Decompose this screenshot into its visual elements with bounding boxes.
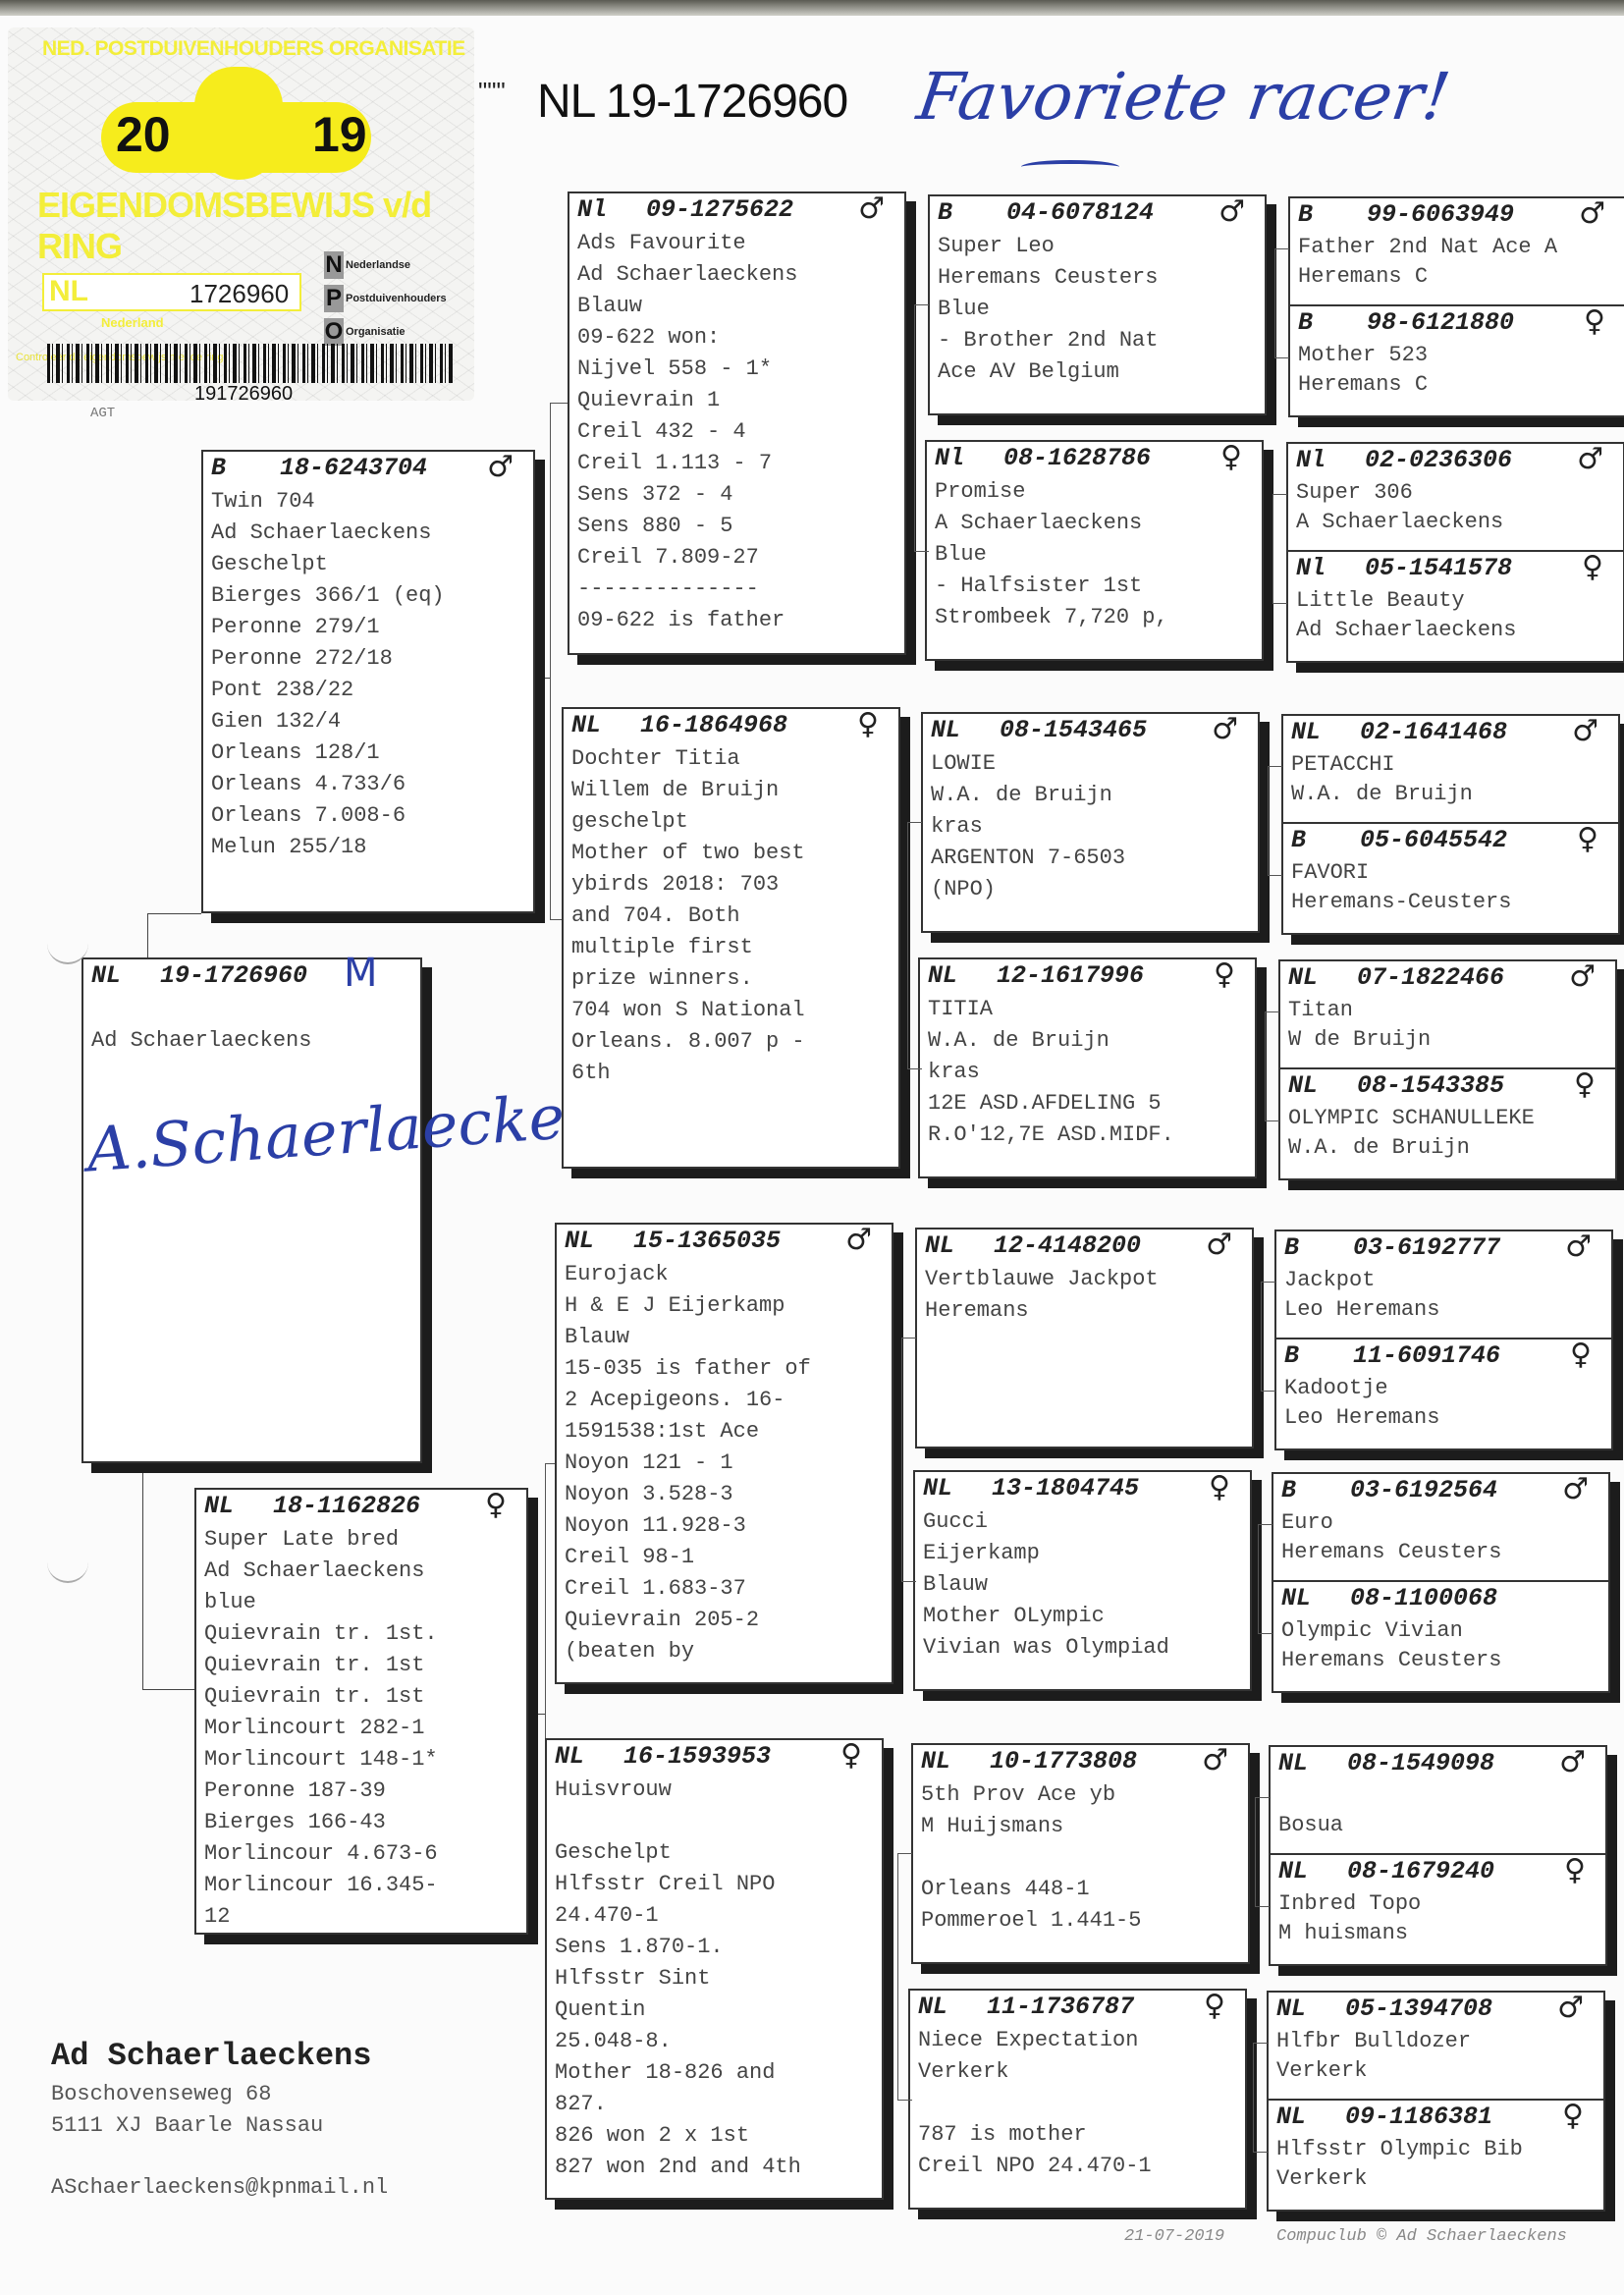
country-code: B <box>1298 200 1313 229</box>
pigeon-box-gen2[interactable]: NL15-1365035♂Eurojack H & E J Eijerkamp … <box>555 1223 893 1684</box>
pigeon-pair-gen4: B03-6192777♂Jackpot Leo HeremansB11-6091… <box>1274 1229 1613 1450</box>
country-code: NL <box>1278 1749 1308 1777</box>
year-right: 19 <box>312 106 367 163</box>
below-card-text: AGT <box>90 406 115 421</box>
country-code: Nl <box>577 195 607 224</box>
pigeon-info: Twin 704 Ad Schaerlaeckens Geschelpt Bie… <box>203 483 533 863</box>
pigeon-info: TITIA W.A. de Bruijn kras 12E ASD.AFDELI… <box>920 991 1255 1151</box>
sex-symbol-icon: ♀ <box>840 1738 862 1773</box>
sex-symbol-icon: ♀ <box>1584 304 1605 339</box>
sex-symbol-icon: ♂ <box>1579 196 1605 231</box>
pigeon-box-gen3[interactable]: B04-6078124♂Super Leo Heremans Ceusters … <box>928 194 1267 415</box>
country-code: NL <box>928 961 957 990</box>
copyright: Compuclub © Ad Schaerlaeckens <box>1276 2227 1567 2246</box>
ring-number: 18-1162826 <box>273 1492 420 1520</box>
ring-number: 11-1736787 <box>987 1993 1134 2021</box>
ring-number: 09-1275622 <box>646 195 793 224</box>
pigeon-pair-gen4: NL07-1822466♂Titan W de BruijnNL08-15433… <box>1278 959 1617 1180</box>
pigeon-info: OLYMPIC SCHANULLEKE W.A. de Bruijn <box>1280 1101 1615 1163</box>
connector <box>901 1338 916 1582</box>
country-code: Nl <box>1296 446 1326 474</box>
pigeon-box-dam[interactable]: NL18-1162826♀ Super Late bred Ad Schaerl… <box>194 1488 528 1935</box>
pigeon-box-gen4-dam[interactable]: NL08-1543385♀OLYMPIC SCHANULLEKE W.A. de… <box>1280 1069 1615 1179</box>
sex-symbol-icon: ♀ <box>1582 550 1603 584</box>
pigeon-info: Super Leo Heremans Ceusters Blue - Broth… <box>930 228 1265 388</box>
ring-number: 13-1804745 <box>992 1474 1139 1503</box>
pigeon-info: 5th Prov Ace yb M Huijsmans Orleans 448-… <box>913 1776 1248 1937</box>
pigeon-info: Jackpot Leo Heremans <box>1276 1263 1611 1325</box>
connector <box>1265 1011 1279 1121</box>
country-code: NL <box>1281 1584 1311 1612</box>
pigeon-box-gen4-sire[interactable]: B03-6192564♂Euro Heremans Ceusters <box>1273 1474 1608 1582</box>
pigeon-box-gen4-sire[interactable]: B03-6192777♂Jackpot Leo Heremans <box>1276 1231 1611 1339</box>
connector <box>142 1463 143 1689</box>
country-code: NL <box>91 961 121 990</box>
npo-line-3: OOrganisatie <box>324 318 406 346</box>
pigeon-box-gen3[interactable]: NL08-1543465♂LOWIE W.A. de Bruijn kras A… <box>921 712 1260 933</box>
pigeon-pair-gen4: Nl02-0236306♂Super 306 A SchaerlaeckensN… <box>1286 442 1624 663</box>
connector <box>535 678 550 679</box>
pigeon-box-gen4-dam[interactable]: B05-6045542♀FAVORI Heremans-Ceusters <box>1283 824 1618 934</box>
ring-number: 11-6091746 <box>1353 1341 1500 1370</box>
sex-symbol-icon: ♂ <box>1572 714 1598 748</box>
sex-symbol-icon: ♀ <box>1574 1067 1596 1102</box>
pigeon-info: Titan W de Bruijn <box>1280 993 1615 1055</box>
connector <box>907 822 922 1069</box>
year-left: 20 <box>116 106 171 163</box>
connector <box>1268 766 1282 876</box>
page-title: NL 19-1726960 <box>537 75 847 129</box>
ring-number: 98-6121880 <box>1367 308 1514 337</box>
pigeon-box-gen3[interactable]: Nl08-1628786♀Promise A Schaerlaeckens Bl… <box>925 440 1264 661</box>
ring-number: 16-1864968 <box>640 711 787 739</box>
connector <box>1258 1524 1272 1634</box>
pigeon-info: Super Late bred Ad Schaerlaeckens blue Q… <box>196 1521 526 1933</box>
country-code: NL <box>565 1227 594 1255</box>
owner-name: Ad Schaerlaeckens <box>51 2038 371 2074</box>
owner-street: Boschovenseweg 68 <box>51 2082 271 2106</box>
country-code: NL <box>923 1474 952 1503</box>
pigeon-info: Super 306 A Schaerlaeckens <box>1288 475 1623 537</box>
pigeon-info: Hlfbr Bulldozer Verkerk <box>1269 2024 1603 2086</box>
sex-symbol-icon: ♂ <box>1569 959 1596 994</box>
pigeon-box-gen3[interactable]: NL12-4148200♂Vertblauwe Jackpot Heremans <box>915 1228 1254 1448</box>
pigeon-box-gen4-dam[interactable]: NL09-1186381♀Hlfsstr Olympic Bib Verkerk <box>1269 2101 1603 2211</box>
pigeon-info: Kadootje Leo Heremans <box>1276 1371 1611 1433</box>
connector <box>147 913 201 914</box>
owner-email[interactable]: ASchaerlaeckens@kpnmail.nl <box>51 2175 388 2200</box>
male-symbol-icon: ♂ <box>487 450 514 484</box>
country-code: NL <box>1278 1857 1308 1885</box>
country-code: B <box>1298 308 1313 337</box>
country-code: NL <box>555 1742 584 1771</box>
ring-number: 16-1593953 <box>623 1742 771 1771</box>
ring-number: 02-1641468 <box>1360 718 1507 746</box>
npo-line-1: NNederlandse <box>324 251 410 279</box>
ring-number: 08-1100068 <box>1350 1584 1497 1612</box>
pigeon-box-gen4-dam[interactable]: B11-6091746♀Kadootje Leo Heremans <box>1276 1339 1611 1449</box>
sex-symbol-icon: ♂ <box>1557 1991 1584 2025</box>
sex-symbol-icon: ♀ <box>1570 1338 1592 1372</box>
handwritten-note: Favoriete racer! <box>913 59 1455 135</box>
connector <box>1261 1282 1275 1392</box>
owner-city: 5111 XJ Baarle Nassau <box>51 2113 323 2138</box>
barcode <box>47 344 455 383</box>
ring-number: 12-4148200 <box>994 1231 1141 1260</box>
sex-symbol-icon: ♂ <box>858 191 885 226</box>
sex-symbol-icon: ♂ <box>845 1223 872 1257</box>
country-code: B <box>211 454 226 482</box>
sex-symbol-icon: ♂ <box>1562 1472 1589 1506</box>
sex-symbol-icon: ♀ <box>1577 822 1598 856</box>
pigeon-info: Huisvrouw Geschelpt Hlfsstr Creil NPO 24… <box>547 1772 882 2183</box>
sex-symbol-icon: ♂ <box>1206 1228 1232 1262</box>
country-code: B <box>1281 1476 1296 1504</box>
connector <box>1253 2043 1268 2153</box>
ring-number: 15-1365035 <box>633 1227 781 1255</box>
pigeon-box-gen3[interactable]: NL10-1773808♂5th Prov Ace yb M Huijsmans… <box>911 1743 1250 1964</box>
pigeon-box-gen4-sire[interactable]: NL08-1549098♂ Bosua <box>1271 1747 1605 1855</box>
sex-symbol-icon: ♂ <box>1565 1229 1592 1264</box>
sex-symbol-icon: ♀ <box>1562 2099 1584 2133</box>
pigeon-box-gen4-dam[interactable]: Nl05-1541578♀Little Beauty Ad Schaerlaec… <box>1288 552 1623 662</box>
pigeon-info: Inbred Topo M huismans <box>1271 1886 1605 1948</box>
pigeon-pair-gen4: B03-6192564♂Euro Heremans CeustersNL08-1… <box>1272 1472 1610 1693</box>
country-code: B <box>938 198 952 227</box>
ring-number: 02-0236306 <box>1365 446 1512 474</box>
country-code: NL <box>931 716 960 744</box>
ring-number: 04-6078124 <box>1006 198 1154 227</box>
ring-number: 05-6045542 <box>1360 826 1507 854</box>
connector <box>1274 248 1289 358</box>
pigeon-box-gen4-sire[interactable]: NL07-1822466♂Titan W de Bruijn <box>1280 961 1615 1069</box>
barcode-number: 191726960 <box>194 383 293 406</box>
pigeon-info: Mother 523 Heremans C <box>1290 338 1624 400</box>
pigeon-box-gen4-dam[interactable]: NL08-1679240♀Inbred Topo M huismans <box>1271 1855 1605 1965</box>
ring-number: 09-1186381 <box>1345 2103 1492 2131</box>
pigeon-box-gen4-sire[interactable]: NL02-1641468♂PETACCHI W.A. de Bruijn <box>1283 716 1618 824</box>
pigeon-info: Ad Schaerlaeckens <box>83 991 420 1057</box>
connector <box>1272 494 1287 604</box>
ring-number: 08-1628786 <box>1003 444 1151 472</box>
pigeon-box-gen4-sire[interactable]: Nl02-0236306♂Super 306 A Schaerlaeckens <box>1288 444 1623 552</box>
ring-number: 18-6243704 <box>280 454 427 482</box>
pigeon-box-gen4-sire[interactable]: B99-6063949♂Father 2nd Nat Ace A Hereman… <box>1290 198 1624 306</box>
pigeon-info: Father 2nd Nat Ace A Heremans C <box>1290 230 1624 292</box>
country-code: NL <box>571 711 601 739</box>
sex-symbol-icon: ♀ <box>1204 1989 1225 2023</box>
pigeon-pair-gen4: NL05-1394708♂Hlfbr Bulldozer VerkerkNL09… <box>1267 1991 1605 2212</box>
punch-hole <box>47 1561 88 1583</box>
connector <box>147 913 148 962</box>
ring-number: 08-1549098 <box>1347 1749 1494 1777</box>
pigeon-info: Dochter Titia Willem de Bruijn geschelpt… <box>564 740 898 1089</box>
ring-number: 05-1394708 <box>1345 1994 1492 2023</box>
pigeon-box-gen4-sire[interactable]: NL05-1394708♂Hlfbr Bulldozer Verkerk <box>1269 1993 1603 2101</box>
ring-number: 19-1726960 <box>160 961 307 990</box>
ring-number: 03-6192564 <box>1350 1476 1497 1504</box>
country-code: NL <box>925 1231 954 1260</box>
npo-line-2: PPostduivenhouders <box>324 285 447 312</box>
card-country: NL <box>49 275 88 308</box>
connector <box>142 1689 194 1690</box>
card-ring-number: 1726960 <box>189 279 289 309</box>
pigeon-box-gen2[interactable]: Nl09-1275622♂Ads Favourite Ad Schaerlaec… <box>568 191 906 655</box>
country-code: NL <box>204 1492 234 1520</box>
sex-symbol-icon: ♀ <box>1209 1470 1230 1504</box>
country-code: B <box>1291 826 1306 854</box>
pigeon-box-gen2[interactable]: NL16-1593953♀Huisvrouw Geschelpt Hlfsstr… <box>545 1738 884 2200</box>
country-code: NL <box>1276 2103 1306 2131</box>
pigeon-info: PETACCHI W.A. de Bruijn <box>1283 747 1618 809</box>
pigeon-info: Promise A Schaerlaeckens Blue - Halfsist… <box>927 473 1262 633</box>
pigeon-pair-gen4: B99-6063949♂Father 2nd Nat Ace A Hereman… <box>1288 196 1624 417</box>
ring-number: 08-1543465 <box>1000 716 1147 744</box>
scan-edge <box>0 0 1624 16</box>
pigeon-info: Olympic Vivian Heremans Ceusters <box>1273 1613 1608 1675</box>
pigeon-box-sire[interactable]: B18-6243704♂ Twin 704 Ad Schaerlaeckens … <box>201 450 535 913</box>
pigeon-info: Ads Favourite Ad Schaerlaeckens Blauw 09… <box>569 225 904 636</box>
handwritten-sex-mark: M <box>344 951 378 996</box>
ring-number: 05-1541578 <box>1365 554 1512 582</box>
handwritten-underline <box>1021 160 1119 174</box>
connector <box>897 1853 912 2101</box>
ring-number: 99-6063949 <box>1367 200 1514 229</box>
pigeon-info: Niece Expectation Verkerk 787 is mother … <box>910 2022 1245 2182</box>
sex-symbol-icon: ♂ <box>1202 1743 1228 1777</box>
country-code: NL <box>1291 718 1321 746</box>
country-code: NL <box>1276 1994 1306 2023</box>
connector <box>1255 1797 1270 1907</box>
quote-mark: """ <box>478 77 506 107</box>
pigeon-box-gen3[interactable]: NL12-1617996♀TITIA W.A. de Bruijn kras 1… <box>918 957 1257 1178</box>
pigeon-box-gen4-dam[interactable]: NL08-1100068Olympic Vivian Heremans Ceus… <box>1273 1582 1608 1692</box>
female-symbol-icon: ♀ <box>485 1488 507 1522</box>
ring-number: 10-1773808 <box>990 1747 1137 1776</box>
sex-symbol-icon: ♂ <box>1559 1745 1586 1779</box>
pigeon-box-gen4-dam[interactable]: B98-6121880♀Mother 523 Heremans C <box>1290 306 1624 416</box>
pigeon-info: Eurojack H & E J Eijerkamp Blauw 15-035 … <box>557 1256 892 1667</box>
pigeon-info: Bosua <box>1271 1778 1605 1840</box>
ring-number: 08-1543385 <box>1357 1071 1504 1100</box>
pigeon-info: Vertblauwe Jackpot Heremans <box>917 1261 1252 1327</box>
card-organisation: NED. POSTDUIVENHOUDERS ORGANISATIE <box>42 37 465 61</box>
pigeon-info: Gucci Eijerkamp Blauw Mother OLympic Viv… <box>915 1503 1250 1664</box>
connector <box>528 1714 545 1715</box>
country-code: Nl <box>1296 554 1326 582</box>
pigeon-info: Hlfsstr Olympic Bib Verkerk <box>1269 2132 1603 2194</box>
pigeon-info: Little Beauty Ad Schaerlaeckens <box>1288 583 1623 645</box>
country-code: B <box>1284 1341 1299 1370</box>
sex-symbol-icon: ♀ <box>857 707 879 741</box>
pigeon-info: LOWIE W.A. de Bruijn kras ARGENTON 7-650… <box>923 745 1258 905</box>
pigeon-box-gen2[interactable]: NL16-1864968♀Dochter Titia Willem de Bru… <box>562 707 900 1169</box>
pigeon-box-gen3[interactable]: NL13-1804745♀Gucci Eijerkamp Blauw Mothe… <box>913 1470 1252 1691</box>
print-date: 21-07-2019 <box>1124 2227 1224 2246</box>
country-code: NL <box>1288 1071 1318 1100</box>
pigeon-info: Euro Heremans Ceusters <box>1273 1505 1608 1567</box>
card-country-name: Nederland <box>101 315 164 330</box>
country-code: NL <box>921 1747 950 1776</box>
ring-number: 03-6192777 <box>1353 1233 1500 1262</box>
pigeon-info: FAVORI Heremans-Ceusters <box>1283 855 1618 917</box>
pigeon-box-gen3[interactable]: NL11-1736787♀Niece Expectation Verkerk 7… <box>908 1989 1247 2210</box>
sex-symbol-icon: ♀ <box>1564 1853 1586 1887</box>
pigeon-pair-gen4: NL08-1549098♂ BosuaNL08-1679240♀Inbred T… <box>1269 1745 1607 1966</box>
sex-symbol-icon: ♂ <box>1218 194 1245 229</box>
ring-number: 07-1822466 <box>1357 963 1504 992</box>
country-code: NL <box>1288 963 1318 992</box>
ring-number: 08-1679240 <box>1347 1857 1494 1885</box>
connector <box>914 304 929 552</box>
sex-symbol-icon: ♂ <box>1577 442 1603 476</box>
country-code: Nl <box>935 444 964 472</box>
sex-symbol-icon: ♀ <box>1220 440 1242 474</box>
country-code: NL <box>918 1993 947 2021</box>
pigeon-pair-gen4: NL02-1641468♂PETACCHI W.A. de BruijnB05-… <box>1281 714 1620 935</box>
pigeon-box-subject[interactable]: NL19-1726960 Ad Schaerlaeckens <box>81 957 422 1463</box>
sex-symbol-icon: ♀ <box>1214 957 1235 992</box>
lion-crest-icon <box>194 67 283 180</box>
ring-number: 12-1617996 <box>997 961 1144 990</box>
sex-symbol-icon: ♂ <box>1212 712 1238 746</box>
country-code: B <box>1284 1233 1299 1262</box>
